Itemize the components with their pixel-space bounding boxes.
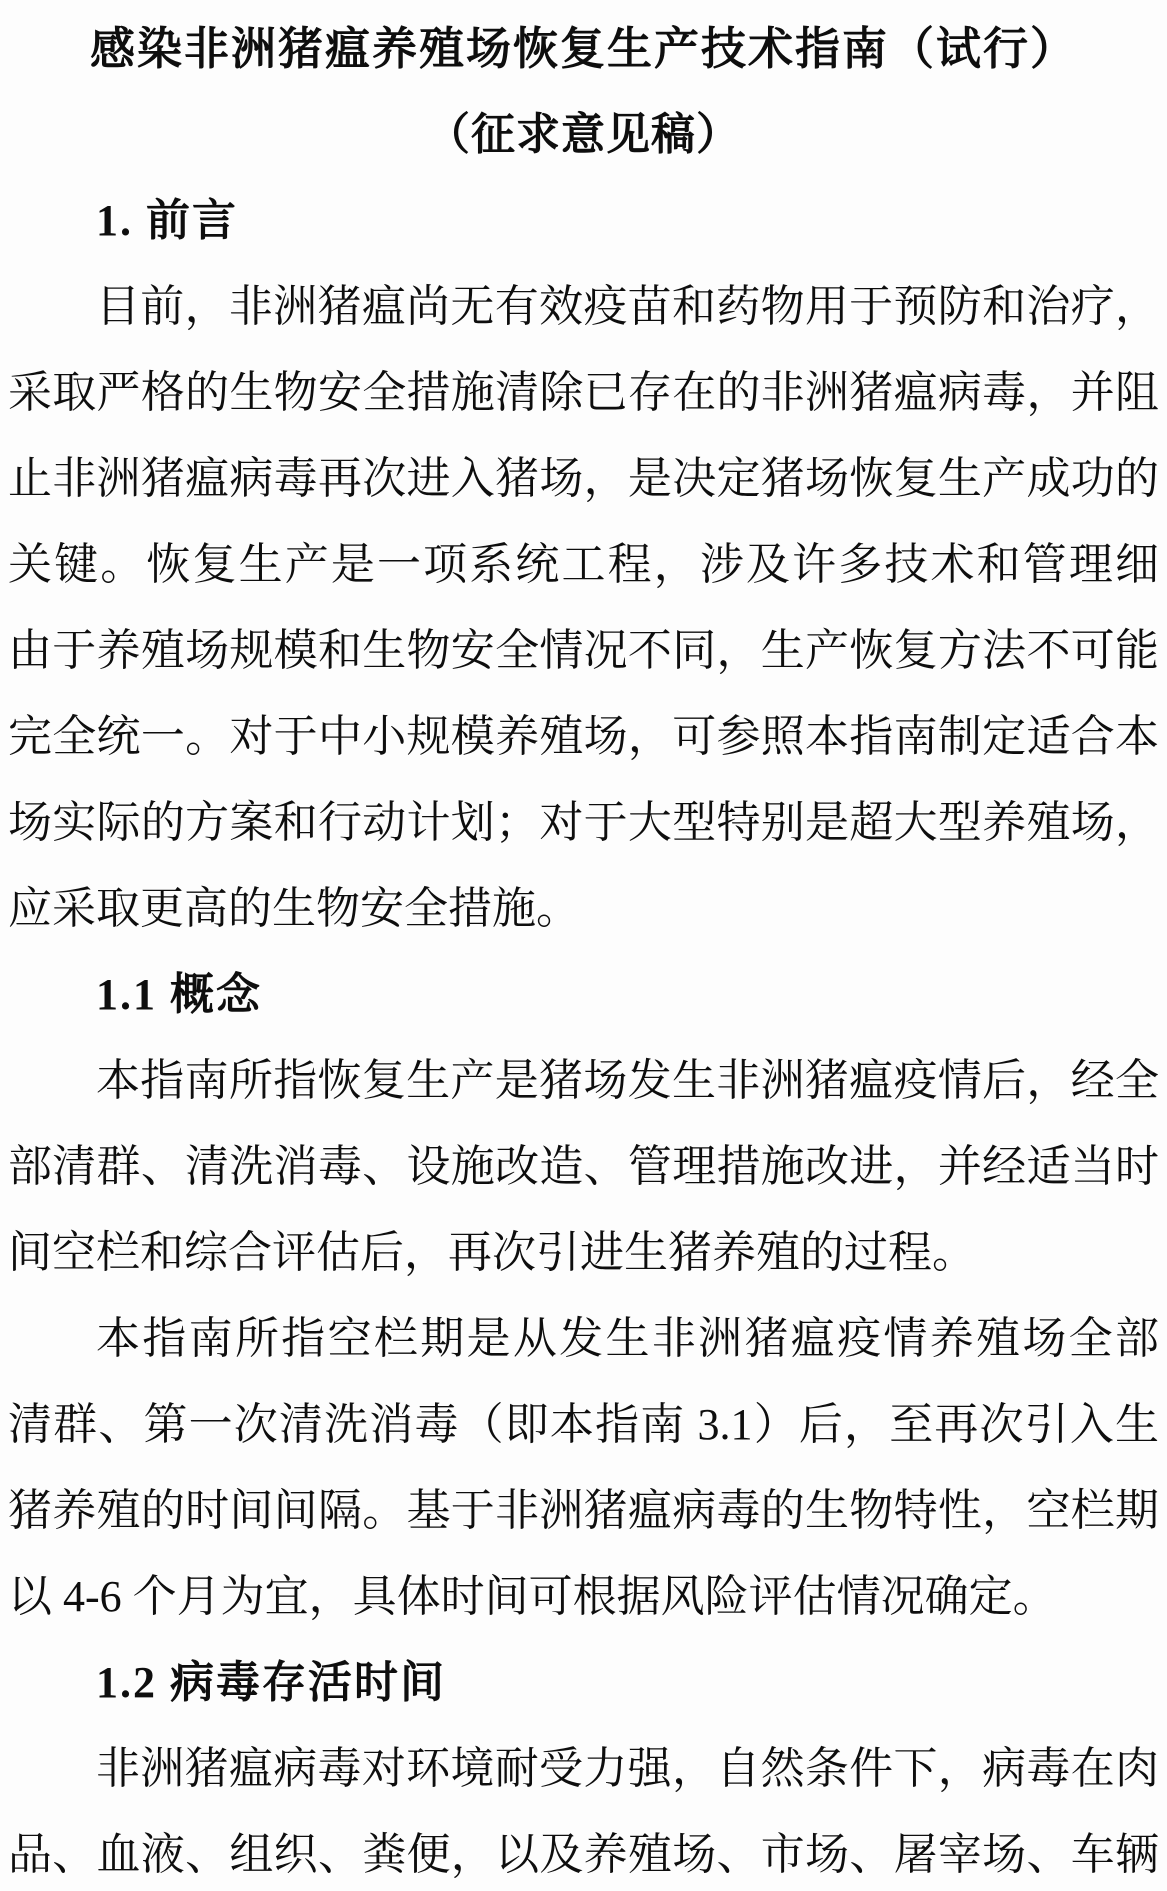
text-line: 非洲猪瘟病毒对环境耐受力强，自然条件下，病毒在肉	[8, 1726, 1159, 1812]
text-line: 止非洲猪瘟病毒再次进入猪场，是决定猪场恢复生产成功的	[8, 436, 1159, 522]
text-line: 部清群、清洗消毒、设施改造、管理措施改进，并经适当时	[8, 1124, 1159, 1210]
document-title: 感染非洲猪瘟养殖场恢复生产技术指南（试行）	[8, 6, 1159, 92]
text-line: 由于养殖场规模和生物安全情况不同，生产恢复方法不可能	[8, 608, 1159, 694]
text-line: 以 4-6 个月为宜，具体时间可根据风险评估情况确定。	[8, 1554, 1159, 1640]
text-line: 本指南所指恢复生产是猪场发生非洲猪瘟疫情后，经全	[8, 1038, 1159, 1124]
text-line: 场实际的方案和行动计划；对于大型特别是超大型养殖场，	[8, 780, 1159, 866]
text-line: 品、血液、组织、粪便，以及养殖场、市场、屠宰场、车辆	[8, 1812, 1159, 1891]
paragraph: 本指南所指恢复生产是猪场发生非洲猪瘟疫情后，经全 部清群、清洗消毒、设施改造、管…	[8, 1038, 1159, 1296]
paragraph: 本指南所指空栏期是从发生非洲猪瘟疫情养殖场全部 清群、第一次清洗消毒（即本指南 …	[8, 1296, 1159, 1640]
section-heading-foreword: 1. 前言	[8, 178, 1159, 264]
text-line: 完全统一。对于中小规模养殖场，可参照本指南制定适合本	[8, 694, 1159, 780]
section-heading-virus-survival: 1.2 病毒存活时间	[8, 1640, 1159, 1726]
paragraph: 非洲猪瘟病毒对环境耐受力强，自然条件下，病毒在肉 品、血液、组织、粪便，以及养殖…	[8, 1726, 1159, 1891]
text-line: 间空栏和综合评估后，再次引进生猪养殖的过程。	[8, 1210, 1159, 1296]
document-subtitle: （征求意见稿）	[8, 92, 1159, 178]
text-line: 采取严格的生物安全措施清除已存在的非洲猪瘟病毒，并阻	[8, 350, 1159, 436]
text-line: 清群、第一次清洗消毒（即本指南 3.1）后，至再次引入生	[8, 1382, 1159, 1468]
section-heading-concept: 1.1 概念	[8, 952, 1159, 1038]
text-line: 应采取更高的生物安全措施。	[8, 866, 1159, 952]
document-page: 感染非洲猪瘟养殖场恢复生产技术指南（试行） （征求意见稿） 1. 前言 目前，非…	[0, 0, 1167, 1891]
text-line: 猪养殖的时间间隔。基于非洲猪瘟病毒的生物特性，空栏期	[8, 1468, 1159, 1554]
text-line: 目前，非洲猪瘟尚无有效疫苗和药物用于预防和治疗，	[8, 264, 1159, 350]
paragraph: 目前，非洲猪瘟尚无有效疫苗和药物用于预防和治疗， 采取严格的生物安全措施清除已存…	[8, 264, 1159, 952]
text-line: 本指南所指空栏期是从发生非洲猪瘟疫情养殖场全部	[8, 1296, 1159, 1382]
text-line: 关键。恢复生产是一项系统工程，涉及许多技术和管理细节。	[8, 522, 1159, 608]
